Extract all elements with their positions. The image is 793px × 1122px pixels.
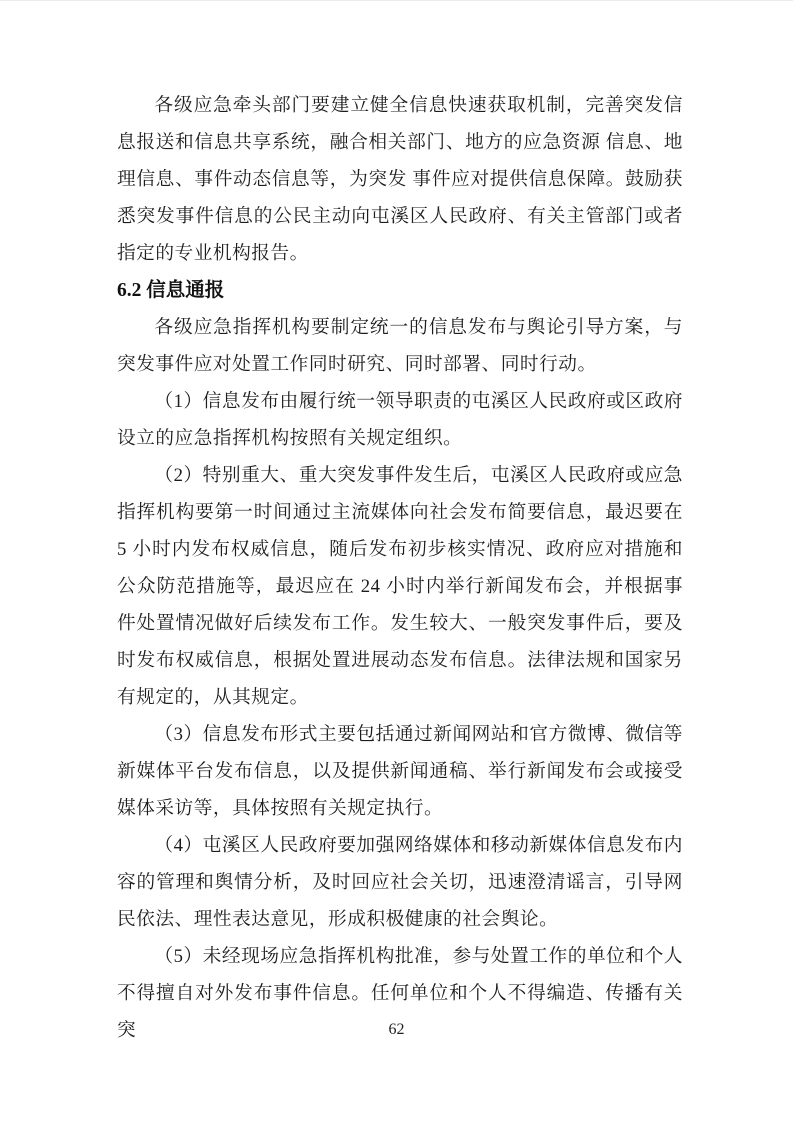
paragraph-info-release-plan: 各级应急指挥机构要制定统一的信息发布与舆论引导方案，与突发事件应对处置工作同时研… <box>117 309 683 383</box>
page-footer: 62 <box>0 1021 793 1039</box>
list-item-4: （4）屯溪区人民政府要加强网络媒体和移动新媒体信息发布内容的管理和舆情分析，及时… <box>117 827 683 938</box>
list-item-1: （1）信息发布由履行统一领导职责的屯溪区人民政府或区政府设立的应急指挥机构按照有… <box>117 383 683 457</box>
list-item-2: （2）特别重大、重大突发事件发生后，屯溪区人民政府或应急指挥机构要第一时间通过主… <box>117 457 683 716</box>
document-body: 各级应急牵头部门要建立健全信息快速获取机制，完善突发信息报送和信息共享系统，融合… <box>117 87 683 1049</box>
section-heading-6-2: 6.2 信息通报 <box>117 272 683 309</box>
page-number: 62 <box>389 1021 405 1039</box>
document-page: 各级应急牵头部门要建立健全信息快速获取机制，完善突发信息报送和信息共享系统，融合… <box>0 0 793 1122</box>
list-item-3: （3）信息发布形式主要包括通过新闻网站和官方微博、微信等新媒体平台发布信息，以及… <box>117 716 683 827</box>
paragraph-info-acquisition: 各级应急牵头部门要建立健全信息快速获取机制，完善突发信息报送和信息共享系统，融合… <box>117 87 683 272</box>
